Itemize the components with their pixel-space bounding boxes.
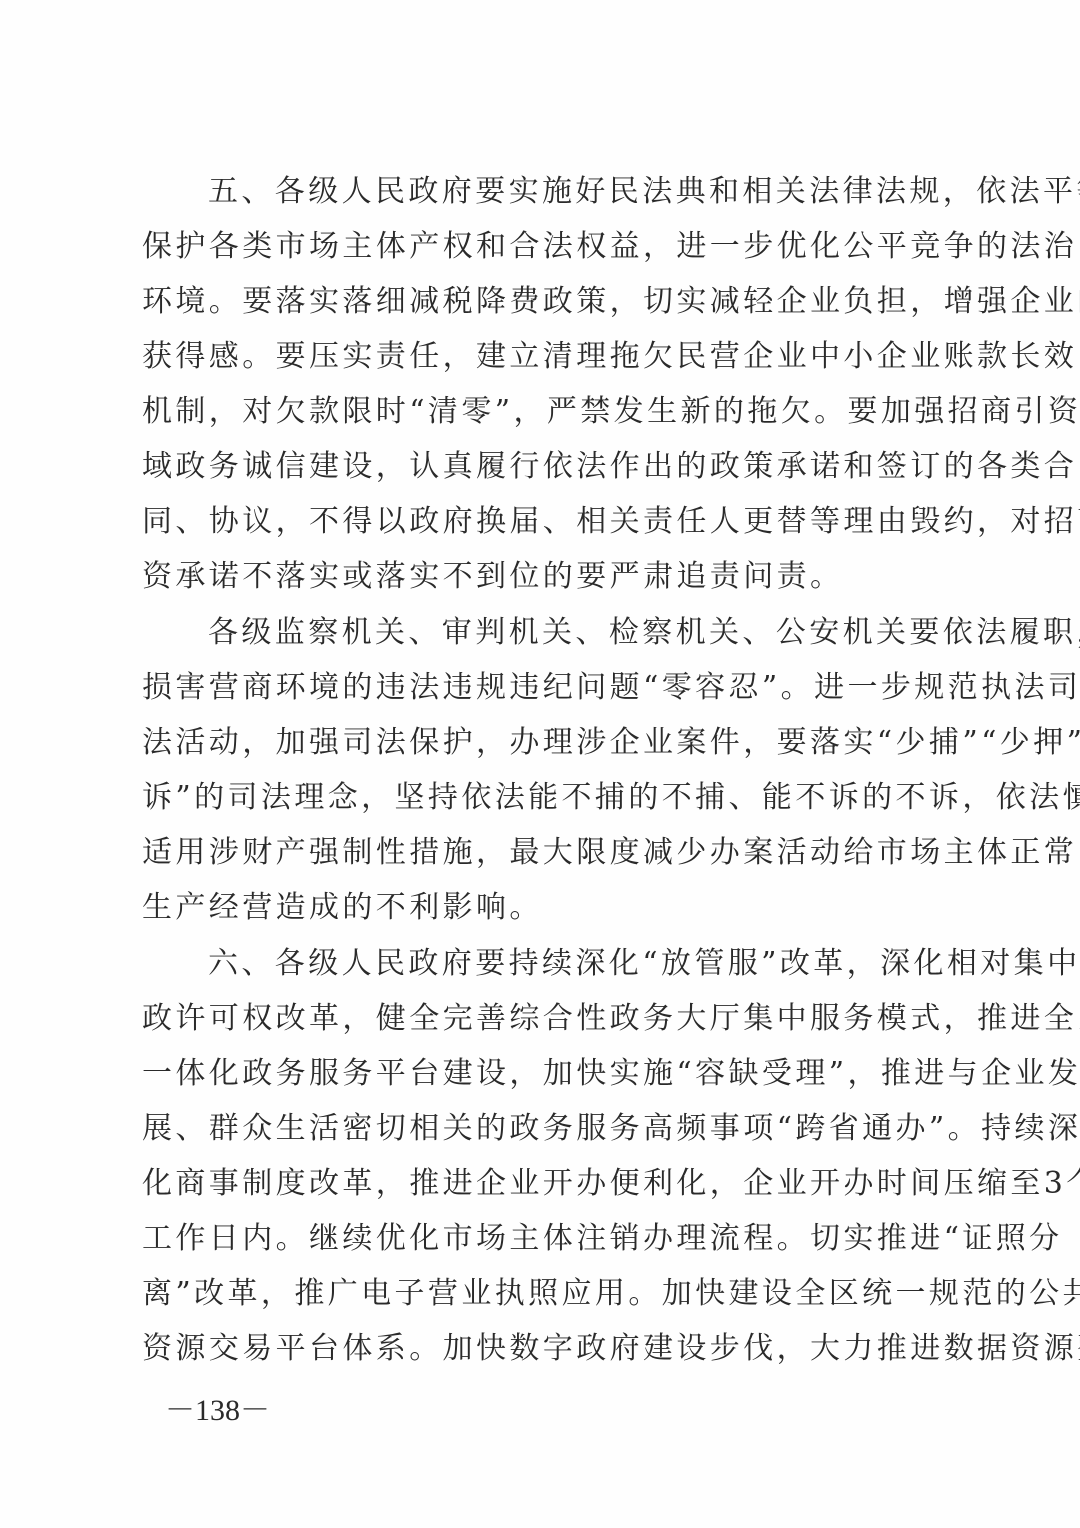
text-line: 法活动，加强司法保护，办理涉企业案件，要落实“少捕”“少押”“慎 (142, 723, 942, 763)
text-line: 离”改革，推广电子营业执照应用。加快建设全区统一规范的公共 (142, 1274, 942, 1314)
text-line: 生产经营造成的不利影响。 (142, 888, 942, 928)
text-line: 资源交易平台体系。加快数字政府建设步伐，大力推进数据资源整 (142, 1329, 942, 1369)
text-line: 域政务诚信建设，认真履行依法作出的政策承诺和签订的各类合 (142, 447, 942, 487)
text-line: 资承诺不落实或落实不到位的要严肃追责问责。 (142, 557, 942, 597)
text-line: 展、群众生活密切相关的政务服务高频事项“跨省通办”。持续深 (142, 1109, 942, 1149)
text-line: 六、各级人民政府要持续深化“放管服”改革，深化相对集中行 (208, 944, 942, 984)
text-line: 保护各类市场主体产权和合法权益，进一步优化公平竞争的法治 (142, 227, 942, 267)
text-line: 诉”的司法理念，坚持依法能不捕的不捕、能不诉的不诉，依法慎重 (142, 778, 942, 818)
page-number: －138－ (165, 1391, 270, 1431)
text-line: 环境。要落实落细减税降费政策，切实减轻企业负担，增强企业的 (142, 282, 942, 322)
text-line: 损害营商环境的违法违规违纪问题“零容忍”。进一步规范执法司 (142, 668, 942, 708)
text-line: 五、各级人民政府要实施好民法典和相关法律法规，依法平等 (208, 172, 942, 212)
text-line: 一体化政务服务平台建设，加快实施“容缺受理”，推进与企业发 (142, 1054, 942, 1094)
text-line: 各级监察机关、审判机关、检察机关、公安机关要依法履职，对 (208, 613, 942, 653)
text-line: 政许可权改革，健全完善综合性政务大厅集中服务模式，推进全区 (142, 999, 942, 1039)
text-line: 机制，对欠款限时“清零”，严禁发生新的拖欠。要加强招商引资领 (142, 392, 942, 432)
text-line: 获得感。要压实责任，建立清理拖欠民营企业中小企业账款长效 (142, 337, 942, 377)
document-page: 五、各级人民政府要实施好民法典和相关法律法规，依法平等 保护各类市场主体产权和合… (0, 0, 1080, 1528)
text-line: 适用涉财产强制性措施，最大限度减少办案活动给市场主体正常 (142, 833, 942, 873)
text-line: 化商事制度改革，推进企业开办便利化，企业开办时间压缩至3个 (142, 1164, 942, 1204)
text-line: 同、协议，不得以政府换届、相关责任人更替等理由毁约，对招商引 (142, 502, 942, 542)
text-line: 工作日内。继续优化市场主体注销办理流程。切实推进“证照分 (142, 1219, 942, 1259)
